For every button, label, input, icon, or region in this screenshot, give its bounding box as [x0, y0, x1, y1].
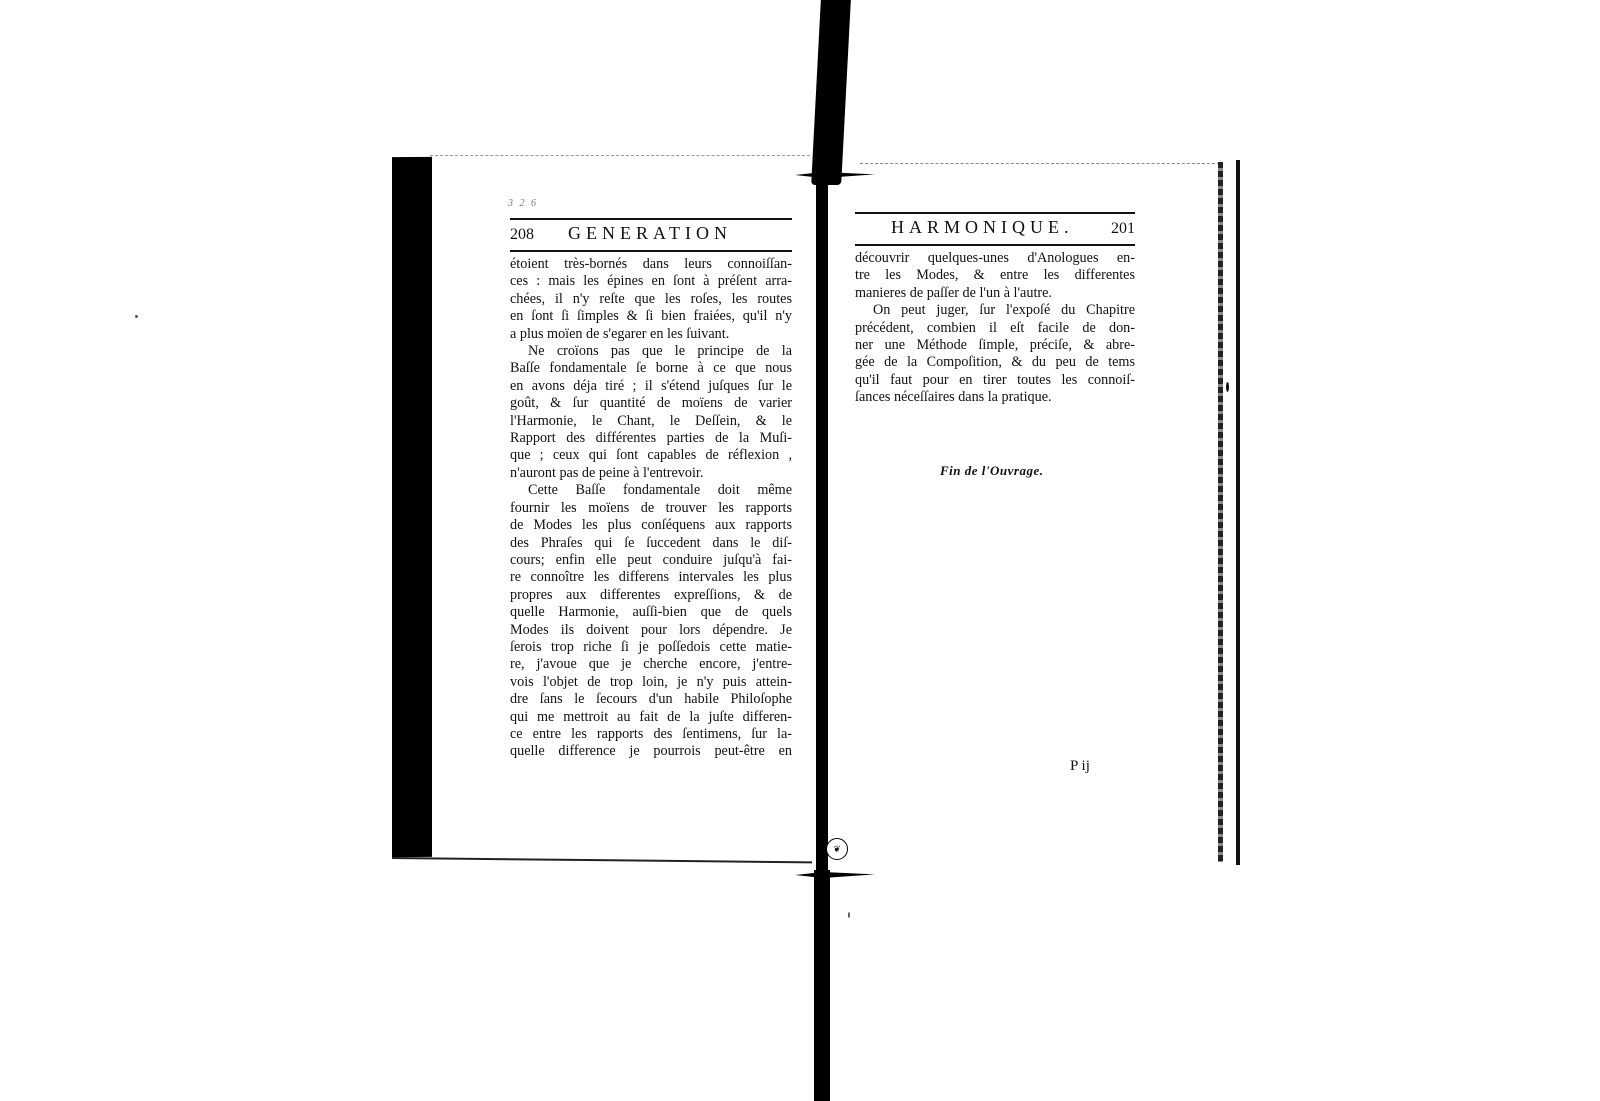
left-page: 208 GENERATION étoient très-bornés dans … [510, 218, 792, 761]
left-page-edge-shadow [392, 157, 432, 857]
page-number: 201 [1111, 220, 1135, 238]
right-page-header: HARMONIQUE. 201 [855, 212, 1135, 246]
text-line: en ſont ſi ſimples & ſi bien fraiées, qu… [510, 308, 792, 325]
text-line: propres aux differentes expreſſions, & d… [510, 587, 792, 604]
text-line: tre les Modes, & entre les differentes [855, 267, 1135, 284]
text-line: découvrir quelques-unes d'Anologues en- [855, 250, 1135, 267]
text-line: fournir les moïens de trouver les rappor… [510, 500, 792, 517]
gutter-flare-top [795, 172, 875, 178]
text-line: goût, & ſur quantité de moïens de varier [510, 395, 792, 412]
text-line: dre ſans le ſecours d'un habile Philoſop… [510, 691, 792, 708]
page-number: 208 [510, 226, 534, 244]
text-line: que ; ceux qui ſont capables de réflexio… [510, 447, 792, 464]
text-line: re connoître les differens intervales le… [510, 569, 792, 586]
text-line: qui me mettroit au fait de la juſte diff… [510, 709, 792, 726]
gutter-shadow [816, 180, 828, 880]
handwritten-margin-note: 3 2 6 [508, 198, 538, 209]
text-line: vois l'objet de trop loin, je n'y puis a… [510, 674, 792, 691]
running-title: GENERATION [568, 223, 732, 244]
text-line: ner une Méthode ſimple, préciſe, & abre- [855, 337, 1135, 354]
left-page-bottom-edge [392, 857, 812, 863]
paragraph-start-line: On peut juger, ſur l'expoſé du Chapitre [855, 302, 1135, 319]
text-line: Modes ils doivent pour lors dépendre. Je [510, 622, 792, 639]
text-line: Rapport des différentes parties de la Mu… [510, 430, 792, 447]
text-line: précédent, combien il eſt facile de don- [855, 320, 1135, 337]
text-line: ſerois trop riche ſi je poſſedois cette … [510, 639, 792, 656]
gutter-shadow-bottom [814, 870, 830, 1101]
running-title: HARMONIQUE. [891, 217, 1074, 238]
left-page-body: étoient très-bornés dans leurs connoiſſa… [510, 256, 792, 761]
text-line: ces : mais les épines en ſont à préſent … [510, 273, 792, 290]
right-page-outer-edge [1236, 160, 1240, 865]
paragraph-start-line: Cette Baſſe fondamentale doit même [510, 482, 792, 499]
text-line: n'auront pas de peine à l'entrevoir. [510, 465, 792, 482]
gutter-shadow-top [811, 0, 851, 185]
text-line: de Modes les plus conſéquens aux rapport… [510, 517, 792, 534]
gutter-flare-bottom [795, 872, 875, 878]
text-line: re, j'avoue que je cherche encore, j'ent… [510, 656, 792, 673]
left-page-header: 208 GENERATION [510, 218, 792, 252]
right-page: HARMONIQUE. 201 découvrir quelques-unes … [855, 212, 1135, 407]
scan-speck [848, 912, 850, 918]
paragraph-start-line: Ne croïons pas que le principe de la [510, 343, 792, 360]
right-page-fore-edge [1218, 162, 1223, 862]
scan-speck [135, 315, 138, 318]
right-page-top-edge [860, 163, 1220, 164]
text-line: gée de la Compoſition, & du peu de tems [855, 354, 1135, 371]
text-line: chées, il n'y reſte que les roſes, les r… [510, 291, 792, 308]
colophon: Fin de l'Ouvrage. [940, 463, 1043, 479]
text-line: des Phraſes qui ſe ſuccedent dans le diſ… [510, 535, 792, 552]
text-line: l'Harmonie, le Chant, le Deſſein, & le [510, 413, 792, 430]
text-line: quelle difference je pourrois peut-être … [510, 743, 792, 760]
library-stamp-icon: ❦ [826, 838, 848, 860]
text-line: qu'il faut pour en tirer toutes les conn… [855, 372, 1135, 389]
text-line: a plus moïen de s'egarer en les ſuivant. [510, 326, 792, 343]
right-page-body: découvrir quelques-unes d'Anologues en- … [855, 250, 1135, 407]
scan-speck [1226, 382, 1229, 392]
text-line: ce entre les rapports des ſentimens, ſur… [510, 726, 792, 743]
left-page-top-edge [430, 155, 810, 157]
signature-mark: P ij [1070, 758, 1090, 775]
text-line: Baſſe fondamentale ſe borne à ce que nou… [510, 360, 792, 377]
text-line: manieres de paſſer de l'un à l'autre. [855, 285, 1135, 302]
text-line: quelle Harmonie, auſſi-bien que de quels [510, 604, 792, 621]
text-line: ſances néceſſaires dans la pratique. [855, 389, 1135, 406]
text-line: étoient très-bornés dans leurs connoiſſa… [510, 256, 792, 273]
text-line: en avons déja tiré ; il s'étend juſques … [510, 378, 792, 395]
text-line: cours; enfin elle peut conduire juſqu'à … [510, 552, 792, 569]
